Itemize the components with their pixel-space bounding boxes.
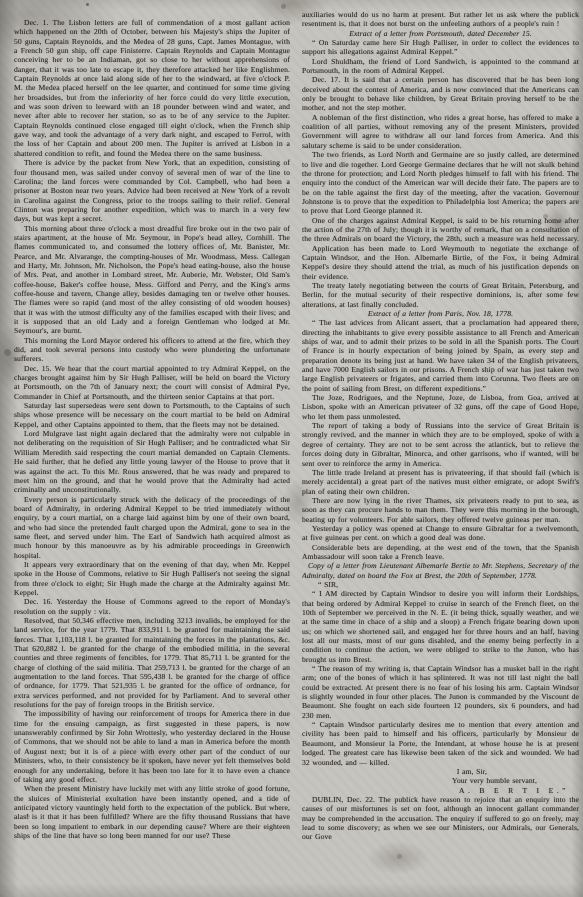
letter-heading-paris: Extract of a letter from Paris, Nov. 18,… <box>302 309 579 318</box>
news-item-resolved-supply: Resolved, that 50,346 effective men, inc… <box>14 616 290 709</box>
news-item-treaty: The treaty lately negotiating between th… <box>302 281 579 309</box>
news-item-windsor-exchange: Application has been made to Lord Weymou… <box>302 244 579 281</box>
news-item-lord-mayor: This morning the Lord Mayor ordered his … <box>14 336 290 364</box>
news-item-fire-cornhill: This morning about three o'clock a most … <box>14 224 290 336</box>
letter-body-bertie-2: “ The reason of my writing is, that Capt… <box>302 664 579 720</box>
news-item-auxiliaries-cont: auxiliaries would do us no harm at prese… <box>302 10 579 29</box>
news-item-dec-15: Dec. 15. We hear that the court martial … <box>14 364 290 401</box>
signature-line: I am, Sir, <box>302 767 579 776</box>
right-column: auxiliaries would do us no harm at prese… <box>302 9 579 897</box>
signature-name: A. B E R T I E.” <box>302 786 579 795</box>
news-item-keppel-commons: It appears very extraordinary that on th… <box>14 560 290 597</box>
news-item-admiralty-delicacy: Every person is particularly struck with… <box>14 495 290 560</box>
letter-body-paris: “ The last advices from Alicant assert, … <box>302 318 579 393</box>
news-item-two-friends: The two friends, as Lord North and Germa… <box>302 150 579 215</box>
letter-body-bertie-1: “ I AM directed by Captain Windsor to de… <box>302 589 579 664</box>
news-item-spanish-ambassadour: Considerable bets are depending, at the … <box>302 543 579 562</box>
news-item-keppel-charges: One of the charges against Admiral Keppe… <box>302 216 579 244</box>
news-item-ireland-trade: The little trade Ireland at present has … <box>302 468 579 496</box>
news-item-lord-mulgrave: Lord Mulgrave last night again declared … <box>14 429 290 494</box>
letter-body-bertie-3: “ Captain Windsor particularly desires m… <box>302 720 579 767</box>
letter-salutation: “ SIR, <box>302 580 579 589</box>
news-item-dec-16: Dec. 16. Yesterday the House of Commons … <box>14 597 290 616</box>
letter-body-portsmouth: “ On Saturday came here Sir Hugh Pallise… <box>302 38 579 57</box>
news-item-new-york-expedition: There is advice by the packet from New Y… <box>14 158 290 223</box>
news-item-lord-shuldham: Lord Shuldham, the friend of Lord Sandwi… <box>302 57 579 76</box>
news-item-dec-1: Dec. 1. The Lisbon letters are full of c… <box>14 18 290 158</box>
letter-heading-bertie: Copy of a letter from Lieutenant Albemar… <box>302 561 579 580</box>
news-item-dublin: DUBLIN, Dec. 22. The publick have reason… <box>302 795 579 842</box>
letter-heading-portsmouth: Extract of a letter from Portsmouth, dat… <box>302 29 579 38</box>
news-item-ministry-fortune: When the present Ministry have luckily m… <box>14 784 290 840</box>
news-item-joze-rodrigues: The Joze, Rodrigues, and the Neptune, Jo… <box>302 393 579 421</box>
two-column-layout: Dec. 1. The Lisbon letters are full of c… <box>14 9 579 897</box>
news-item-russians-report: The report of taking a body of Russians … <box>302 421 579 468</box>
newspaper-page-scan: Dec. 1. The Lisbon letters are full of c… <box>0 0 583 897</box>
news-item-reinforcement-america: The impossibility of having our reinforc… <box>14 709 290 784</box>
signature-line: Your very humble servant, <box>302 776 579 785</box>
left-column: Dec. 1. The Lisbon letters are full of c… <box>14 9 290 897</box>
news-item-nobleman-coalition: A nobleman of the first distinction, who… <box>302 113 579 150</box>
paper-stain <box>86 3 89 6</box>
news-item-supersedeas: Saturday last supersedeas were sent down… <box>14 401 290 429</box>
news-item-thames-privateers: There are now lying in the river Thames,… <box>302 496 579 524</box>
column-gutter <box>290 9 302 897</box>
news-item-dec-17: Dec. 17. It is said that a certain perso… <box>302 75 579 112</box>
news-item-gibraltar-policy: Yesterday a policy was opened at Change … <box>302 524 579 543</box>
